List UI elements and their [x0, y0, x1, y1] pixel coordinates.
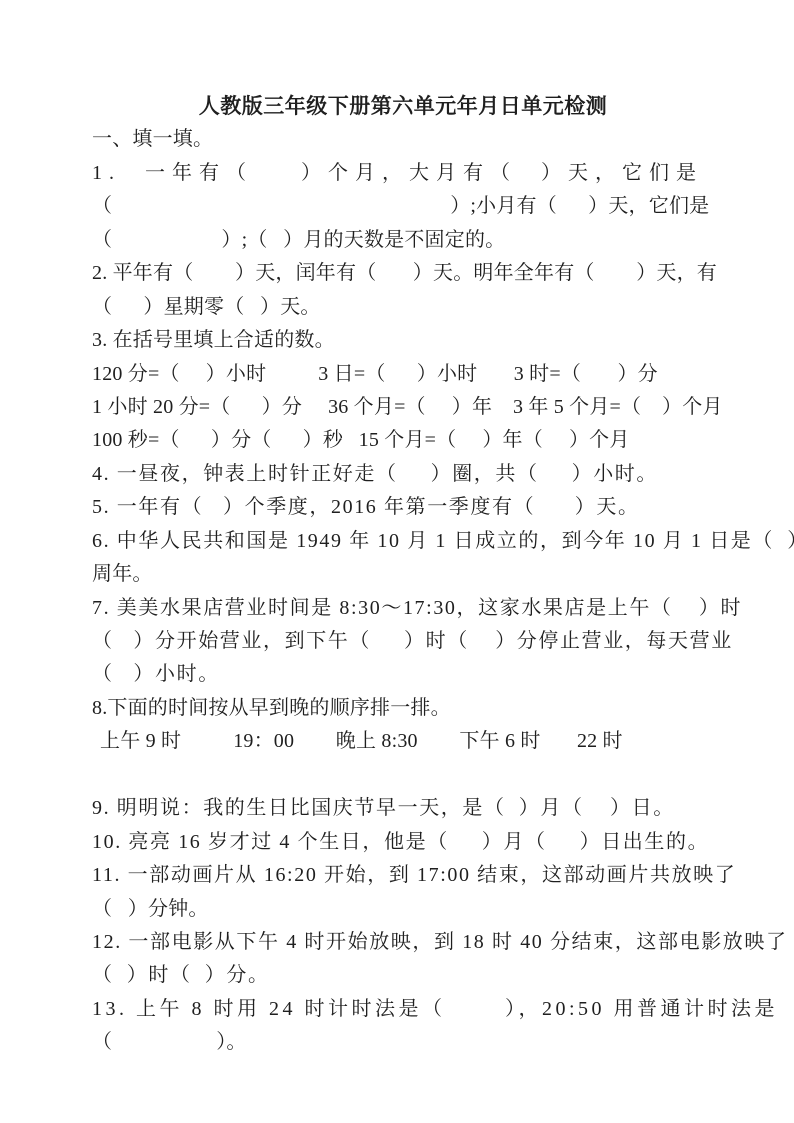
question-7-line-1: 7. 美美水果店营业时间是 8:30～17:30，这家水果店是上午（ ）时 [92, 592, 714, 625]
question-7-line-2: （ ）分开始营业，到下午（ ）时（ ）分停止营业，每天营业 [92, 625, 714, 658]
worksheet-page: 人教版三年级下册第六单元年月日单元检测 一、填一填。 1. 一年有（ ）个月，大… [0, 0, 794, 1123]
question-6-line-1: 6. 中华人民共和国是 1949 年 10 月 1 日成立的，到今年 10 月 … [92, 525, 714, 558]
question-8-time-options: 上午 9 时 19：00 晚上 8:30 下午 6 时 22 时 [92, 725, 714, 758]
question-9: 9. 明明说：我的生日比国庆节早一天，是（ ）月（ ）日。 [92, 792, 714, 825]
question-8-heading: 8.下面的时间按从早到晚的顺序排一排。 [92, 692, 714, 725]
question-3-heading: 3. 在括号里填上合适的数。 [92, 324, 714, 357]
question-1-line-2: （ ）;小月有（ ）天，它们是 [92, 190, 714, 223]
blank-line [92, 759, 714, 792]
question-11-line-1: 11. 一部动画片从 16:20 开始，到 17:00 结束，这部动画片共放映了 [92, 859, 714, 892]
question-1-line-3: （ ）;（ ）月的天数是不固定的。 [92, 224, 714, 257]
question-3-row-3: 100 秒=（ ）分（ ）秒 15 个月=（ ）年（ ）个月 [92, 424, 714, 457]
question-2-line-1: 2. 平年有（ ）天，闰年有（ ）天。明年全年有（ ）天，有 [92, 257, 714, 290]
question-11-line-2: （ ）分钟。 [92, 893, 714, 926]
question-10: 10. 亮亮 16 岁才过 4 个生日，他是（ ）月（ ）日出生的。 [92, 826, 714, 859]
page-title: 人教版三年级下册第六单元年月日单元检测 [92, 90, 714, 123]
question-1-line-1: 1. 一年有（ ）个月，大月有（ ）天，它们是 [92, 157, 714, 190]
question-5: 5. 一年有（ ）个季度，2016 年第一季度有（ ）天。 [92, 491, 714, 524]
question-12-line-2: （ ）时（ ）分。 [92, 959, 714, 992]
question-7-line-3: （ ）小时。 [92, 658, 714, 691]
question-3-row-2: 1 小时 20 分=（ ）分 36 个月=（ ）年 3 年 5 个月=（ ）个月 [92, 391, 714, 424]
question-6-line-2: 周年。 [92, 558, 714, 591]
question-3-row-1: 120 分=（ ）小时 3 日=（ ）小时 3 时=（ ）分 [92, 358, 714, 391]
section-1-heading: 一、填一填。 [92, 123, 714, 156]
question-13-line-1: 13. 上午 8 时用 24 时计时法是（ ），20:50 用普通计时法是 [92, 993, 714, 1026]
question-13-line-2: （ ）。 [92, 1026, 714, 1059]
question-4: 4. 一昼夜，钟表上时针正好走（ ）圈，共（ ）小时。 [92, 458, 714, 491]
question-2-line-2: （ ）星期零（ ）天。 [92, 291, 714, 324]
question-12-line-1: 12. 一部电影从下午 4 时开始放映，到 18 时 40 分结束，这部电影放映… [92, 926, 714, 959]
